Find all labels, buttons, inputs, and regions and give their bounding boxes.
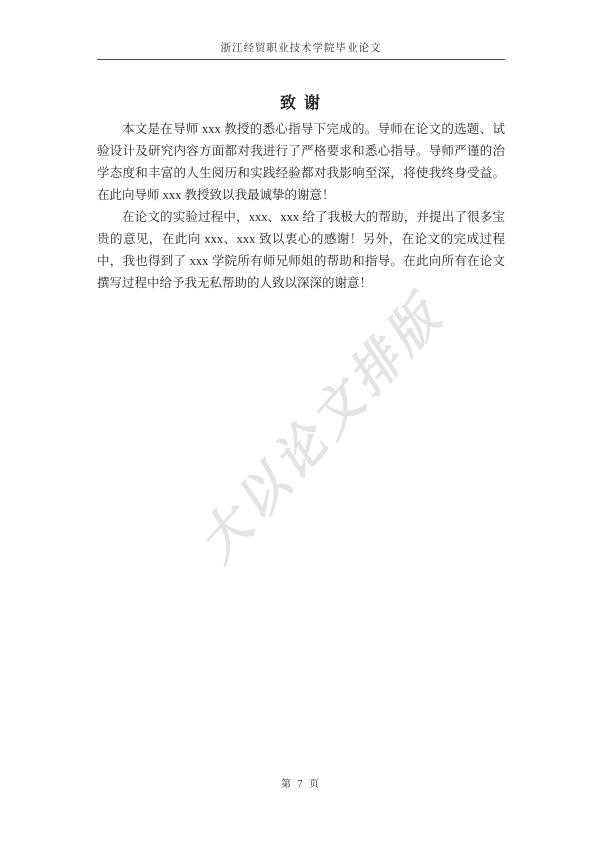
page-footer: 第 7 页 xyxy=(97,775,505,790)
thesis-page: 浙江经贸职业技术学院毕业论文 致 谢 本文是在导师 xxx 教授的悉心指导下完成… xyxy=(0,0,595,842)
header-title-text: 浙江经贸职业技术学院毕业论文 xyxy=(221,43,382,54)
diagonal-watermark-text: 大以论文排版 xyxy=(157,253,478,598)
page-header: 浙江经贸职业技术学院毕业论文 xyxy=(97,38,505,56)
document-body: 本文是在导师 xxx 教授的悉心指导下完成的。导师在论文的选题、试验设计及研究内… xyxy=(97,118,505,294)
acknowledgement-paragraph-2: 在论文的实验过程中，xxx、xxx 给了我极大的帮助，并提出了很多宝贵的意见，在… xyxy=(97,206,505,294)
section-title-acknowledgements: 致 谢 xyxy=(97,90,505,113)
header-divider-rule xyxy=(97,59,505,60)
page-number-label: 第 7 页 xyxy=(281,779,321,790)
acknowledgement-paragraph-1: 本文是在导师 xxx 教授的悉心指导下完成的。导师在论文的选题、试验设计及研究内… xyxy=(97,118,505,206)
